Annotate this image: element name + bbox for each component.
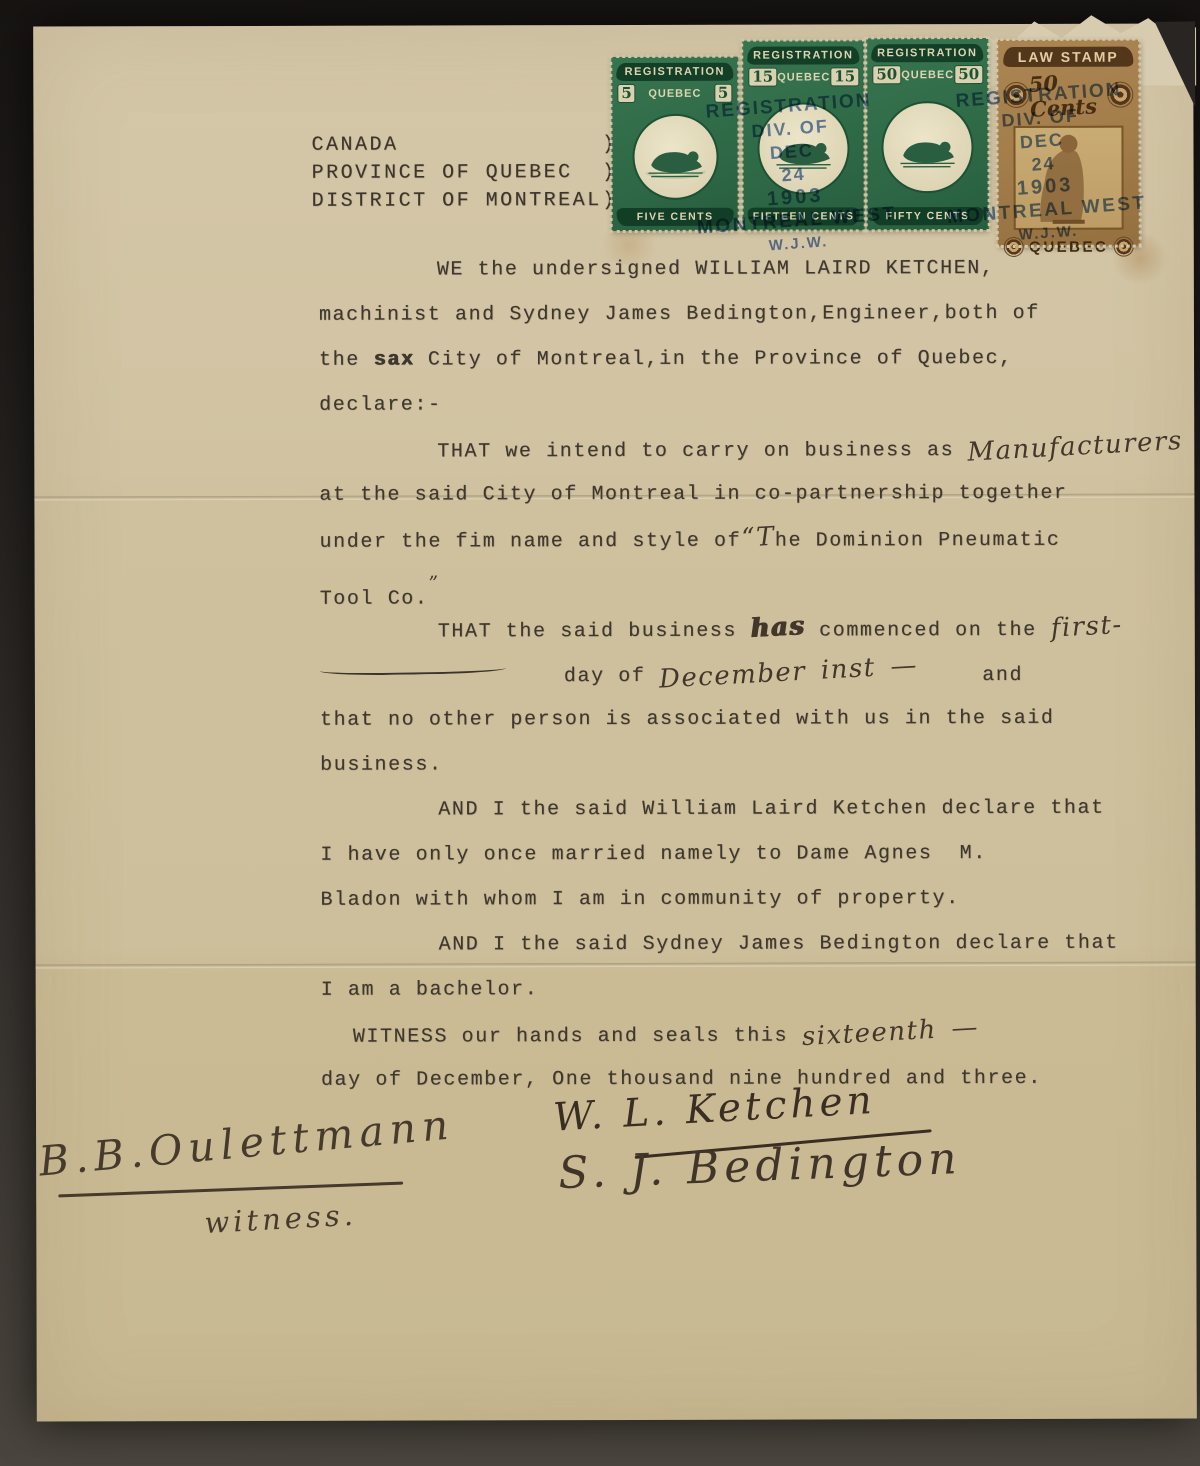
typed-text: I have only once married namely to Dame … — [320, 842, 987, 867]
handwritten-text: “T — [740, 522, 775, 554]
typed-text: he Dominion Pneumatic — [775, 529, 1061, 553]
body-line: business. — [320, 747, 1110, 794]
body-line: AND I the said Sydney James Bedington de… — [321, 927, 1111, 974]
typed-text: WITNESS our hands and seals this — [353, 1025, 802, 1049]
document-paper: CANADA ) PROVINCE OF QUEBEC ) DISTRICT O… — [33, 23, 1197, 1421]
typed-text: and — [982, 664, 1023, 687]
cancellation-stamp: REGISTRATIONDIV. OFDEC241903MONTREAL WES… — [913, 75, 1174, 254]
stamp-header-label: LAW STAMP — [1003, 47, 1133, 67]
typed-text: Bladon with whom I am in community of pr… — [320, 887, 959, 912]
body-line: Tool Co.” — [320, 567, 1110, 614]
stamp-value-row: 15 QUEBEC 15 — [748, 67, 858, 86]
typed-text: that no other person is associated with … — [320, 707, 1055, 732]
stamp-header-label: REGISTRATION — [616, 63, 733, 81]
stamp-country-label: QUEBEC — [777, 71, 830, 83]
jurisdiction-header: CANADA ) PROVINCE OF QUEBEC ) DISTRICT O… — [311, 131, 616, 216]
handwritten-text: first- — [1050, 610, 1123, 644]
typed-text: day of — [564, 665, 659, 688]
typed-text: business. — [320, 753, 442, 776]
stamp-value: 50 — [872, 65, 901, 84]
witness-label: witness. — [203, 1198, 357, 1240]
typed-text: the — [319, 349, 373, 372]
stamp-value: 50 — [954, 65, 983, 84]
blank-line-rule — [320, 659, 506, 681]
body-line: under the fim name and style of“The Domi… — [319, 522, 1109, 569]
stamp-value: 15 — [748, 68, 777, 87]
body-line: that no other person is associated with … — [320, 702, 1110, 749]
body-line: AND I the said William Laird Ketchen dec… — [320, 792, 1110, 839]
body-line: at the said City of Montreal in co-partn… — [319, 477, 1109, 524]
stamp-value: 15 — [830, 67, 859, 86]
typed-text: sax — [373, 349, 414, 372]
typed-text: City of Montreal,in the Province of Queb… — [414, 347, 1013, 372]
header-line: CANADA ) — [311, 131, 616, 160]
witness-signature: B.B.Oulettmann — [37, 1100, 456, 1185]
scan-background: CANADA ) PROVINCE OF QUEBEC ) DISTRICT O… — [0, 0, 1200, 1466]
body-line: THAT the said business has commenced on … — [320, 612, 1110, 659]
body-line: I have only once married namely to Dame … — [320, 837, 1110, 884]
typed-text: AND I the said William Laird Ketchen dec… — [438, 797, 1105, 822]
typed-text: I am a bachelor. — [321, 978, 539, 1002]
typed-text: THAT the said business — [438, 620, 751, 644]
body-line: Bladon with whom I am in community of pr… — [320, 882, 1110, 929]
stamp-header-label: REGISTRATION — [747, 46, 859, 64]
body-text: WE the undersigned WILLIAM LAIRD KETCHEN… — [319, 252, 1111, 1109]
stamp-value-row: 50 QUEBEC 50 — [872, 65, 982, 84]
handwritten-text: sixteenth — — [801, 1012, 980, 1052]
typed-text: AND I the said Sydney James Bedington de… — [439, 932, 1119, 957]
stamp-value: 5 — [617, 84, 635, 103]
typed-text: commenced on the — [805, 619, 1050, 643]
body-line: declare:- — [319, 387, 1109, 434]
bedington-signature: S. J. Bedington — [557, 1133, 962, 1199]
cancellation-stamp: REGISTRATIONDIV. OFDEC241903MONTREAL WES… — [663, 86, 924, 265]
handwritten-text: ” — [428, 568, 441, 599]
typed-text: at the said City of Montreal in co-partn… — [319, 482, 1067, 507]
stamp-country-label: QUEBEC — [901, 69, 954, 81]
typed-text: THAT we intend to carry on business as — [437, 439, 968, 463]
header-line: DISTRICT OF MONTREAL ) — [312, 187, 617, 216]
handwritten-text: December inst — — [658, 650, 918, 694]
body-line: THAT we intend to carry on business as M… — [319, 432, 1109, 479]
handwritten-text: Manufacturers — [967, 426, 1184, 468]
stamp-country-label: QUEBEC — [648, 87, 701, 99]
header-line: PROVINCE OF QUEBEC ) — [312, 159, 617, 188]
handwritten-text: has — [750, 611, 806, 644]
body-line: I am a bachelor. — [321, 972, 1111, 1019]
body-line: the sax City of Montreal,in the Province… — [319, 342, 1109, 389]
signature-flourish-line — [58, 1182, 403, 1197]
header-text: CANADA — [311, 132, 398, 160]
header-text: DISTRICT OF MONTREAL — [312, 187, 602, 216]
stamp-header-label: REGISTRATION — [871, 44, 983, 62]
typed-text: Tool Co. — [320, 587, 429, 610]
body-line: day of December inst —and — [320, 657, 1110, 704]
typed-text: under the fim name and style of — [319, 530, 741, 554]
body-line: WITNESS our hands and seals this sixteen… — [321, 1017, 1111, 1064]
body-line: machinist and Sydney James Bedington,Eng… — [319, 297, 1109, 344]
typed-text: machinist and Sydney James Bedington,Eng… — [319, 302, 1040, 327]
header-text: PROVINCE OF QUEBEC — [312, 159, 573, 188]
typed-text: declare:- — [319, 393, 441, 416]
